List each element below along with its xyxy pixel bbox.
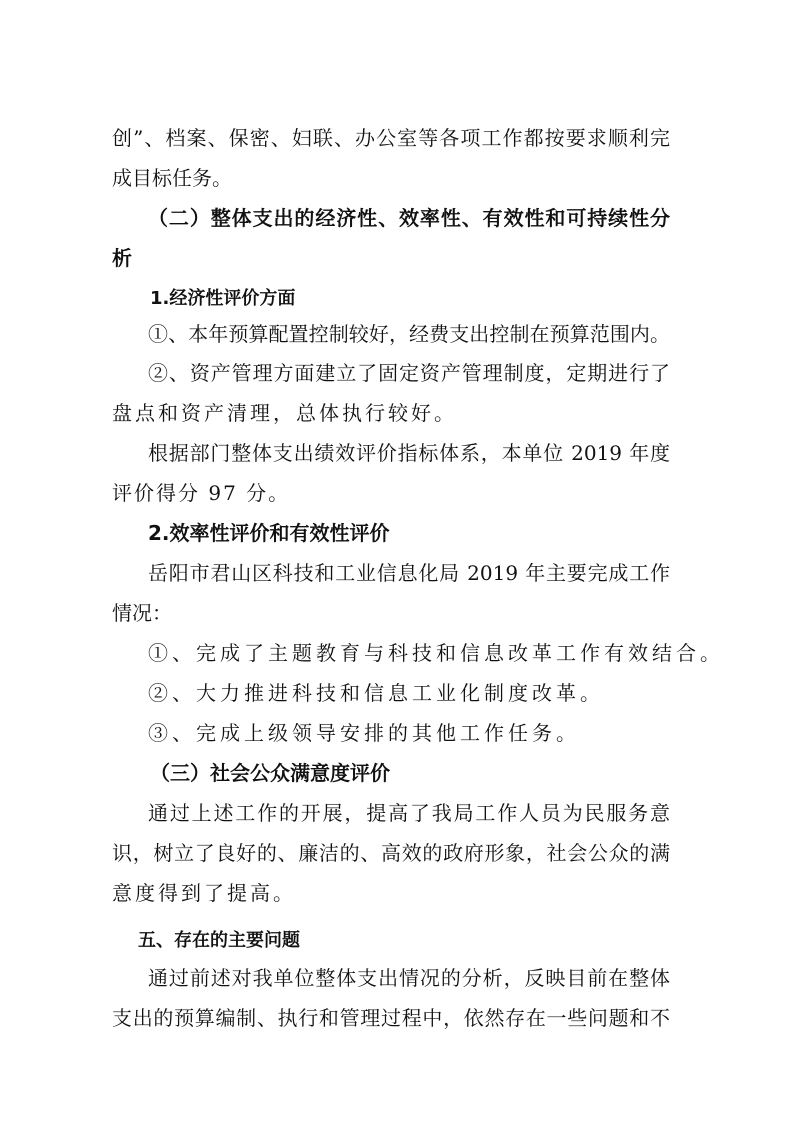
- paragraph-line: 意度得到了提高。: [112, 881, 296, 905]
- paragraph-line: 成目标任务。: [112, 166, 232, 190]
- paragraph-line: 根据部门整体支出绩效评价指标体系，本单位 2019 年度: [148, 441, 670, 465]
- paragraph-line: 识，树立了良好的、廉洁的、高效的政府形象，社会公众的满: [112, 841, 670, 865]
- paragraph-line: 通过前述对我单位整体支出情况的分析，反映目前在整体: [148, 966, 670, 990]
- list-item: ②、大力推进科技和信息工业化制度改革。: [148, 681, 604, 705]
- paragraph-line: 通过上述工作的开展，提高了我局工作人员为民服务意: [148, 801, 670, 825]
- section-heading: （二）整体支出的经济性、效率性、有效性和可持续性分: [148, 206, 670, 230]
- subsection-heading: 2.效率性评价和有效性评价: [148, 521, 390, 545]
- paragraph-line: 盘点和资产清理，总体执行较好。: [112, 401, 457, 425]
- subsection-heading: 1.经济性评价方面: [150, 287, 295, 311]
- list-item: ③、完成上级领导安排的其他工作任务。: [148, 721, 580, 745]
- paragraph-line: 创”、档案、保密、妇联、办公室等各项工作都按要求顺利完: [112, 126, 670, 150]
- paragraph-line: ①、本年预算配置控制较好，经费支出控制在预算范围内。: [148, 322, 670, 346]
- section-heading: 五、存在的主要问题: [138, 929, 300, 953]
- paragraph-line: 支出的预算编制、执行和管理过程中，依然存在一些问题和不: [112, 1006, 670, 1030]
- paragraph-line: 岳阳市君山区科技和工业信息化局 2019 年主要完成工作: [148, 561, 670, 585]
- list-item: ①、完成了主题教育与科技和信息改革工作有效结合。: [148, 641, 724, 665]
- section-heading: 析: [112, 246, 132, 270]
- paragraph-line: 情况：: [112, 601, 172, 625]
- paragraph-line: ②、资产管理方面建立了固定资产管理制度，定期进行了: [148, 361, 670, 385]
- document-page: 创”、档案、保密、妇联、办公室等各项工作都按要求顺利完 成目标任务。 （二）整体…: [0, 0, 793, 1122]
- paragraph-line: 评价得分 97 分。: [112, 481, 290, 505]
- section-heading: （三）社会公众满意度评价: [150, 761, 390, 785]
